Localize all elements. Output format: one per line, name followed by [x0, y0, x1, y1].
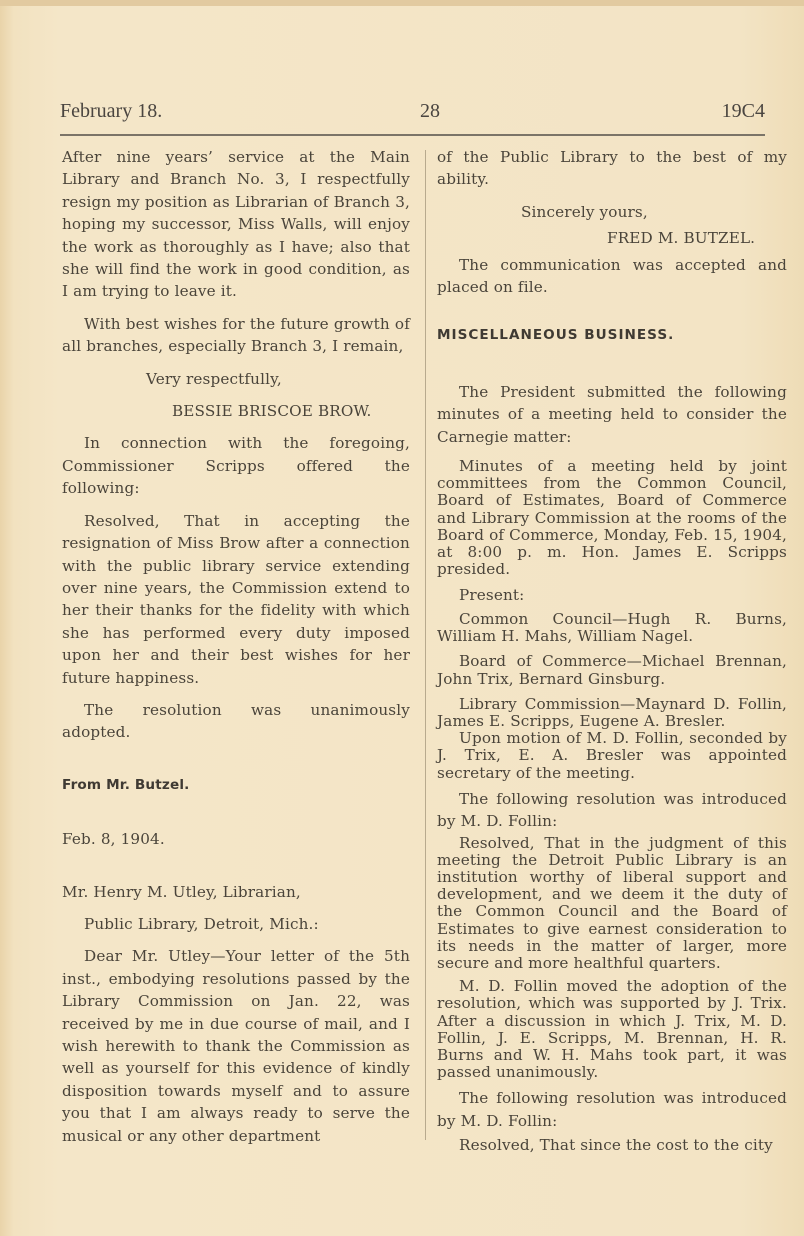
closing: Sincerely yours,	[437, 201, 787, 223]
column-divider	[425, 150, 426, 1140]
right-column: of the Public Library to the best of my …	[437, 146, 787, 1157]
paragraph: Upon motion of M. D. Follin, seconded by…	[437, 730, 787, 782]
paragraph: of the Public Library to the best of my …	[437, 146, 787, 191]
minutes-paragraph: Minutes of a meeting held by joint commi…	[437, 458, 787, 578]
paragraph: M. D. Follin moved the adoption of the r…	[437, 978, 787, 1081]
paragraph: With best wishes for the future growth o…	[62, 313, 410, 358]
page-top-edge	[0, 0, 804, 6]
addressee-line: Public Library, Detroit, Mich.:	[62, 913, 410, 935]
attendee-list: Library Commission—Maynard D. Follin, Ja…	[437, 696, 787, 730]
header-rule	[60, 134, 765, 136]
attendee-list: Common Council—Hugh R. Burns, William H.…	[437, 611, 787, 645]
header-date: February 18.	[60, 100, 162, 123]
letter-body: Dear Mr. Utley—Your letter of the 5th in…	[62, 945, 410, 1147]
section-subheading: From Mr. Butzel.	[62, 774, 410, 796]
page-number: 28	[420, 100, 440, 123]
resolution-paragraph: Resolved, That since the cost to the cit…	[437, 1134, 787, 1156]
attendee-list: Board of Commerce—Michael Brennan, John …	[437, 653, 787, 687]
paragraph: In connection with the foregoing, Commis…	[62, 432, 410, 499]
closing: Very respectfully,	[62, 368, 410, 390]
resolution-paragraph: Resolved, That in the judgment of this m…	[437, 835, 787, 973]
document-page: February 18. 28 19C4 After nine years’ s…	[0, 0, 804, 1236]
paragraph: The following resolution was introduced …	[437, 788, 787, 833]
addressee-line: Mr. Henry M. Utley, Librarian,	[62, 881, 410, 903]
signature: FRED M. BUTZEL.	[437, 227, 787, 249]
letter-date: Feb. 8, 1904.	[62, 828, 410, 850]
running-header: February 18. 28 19C4	[60, 100, 765, 130]
paragraph: The President submitted the following mi…	[437, 381, 787, 448]
paragraph: The resolution was unanimously adopted.	[62, 699, 410, 744]
section-heading: MISCELLANEOUS BUSINESS.	[437, 324, 787, 346]
paragraph: The communication was accepted and place…	[437, 254, 787, 299]
left-column: After nine years’ service at the Main Li…	[62, 146, 410, 1147]
signature: BESSIE BRISCOE BROW.	[62, 400, 410, 422]
resolution-paragraph: Resolved, That in accepting the resignat…	[62, 510, 410, 689]
paragraph: The following resolution was introduced …	[437, 1087, 787, 1132]
header-year: 19C4	[722, 100, 765, 123]
paragraph: After nine years’ service at the Main Li…	[62, 146, 410, 303]
paragraph: Present:	[437, 584, 787, 606]
